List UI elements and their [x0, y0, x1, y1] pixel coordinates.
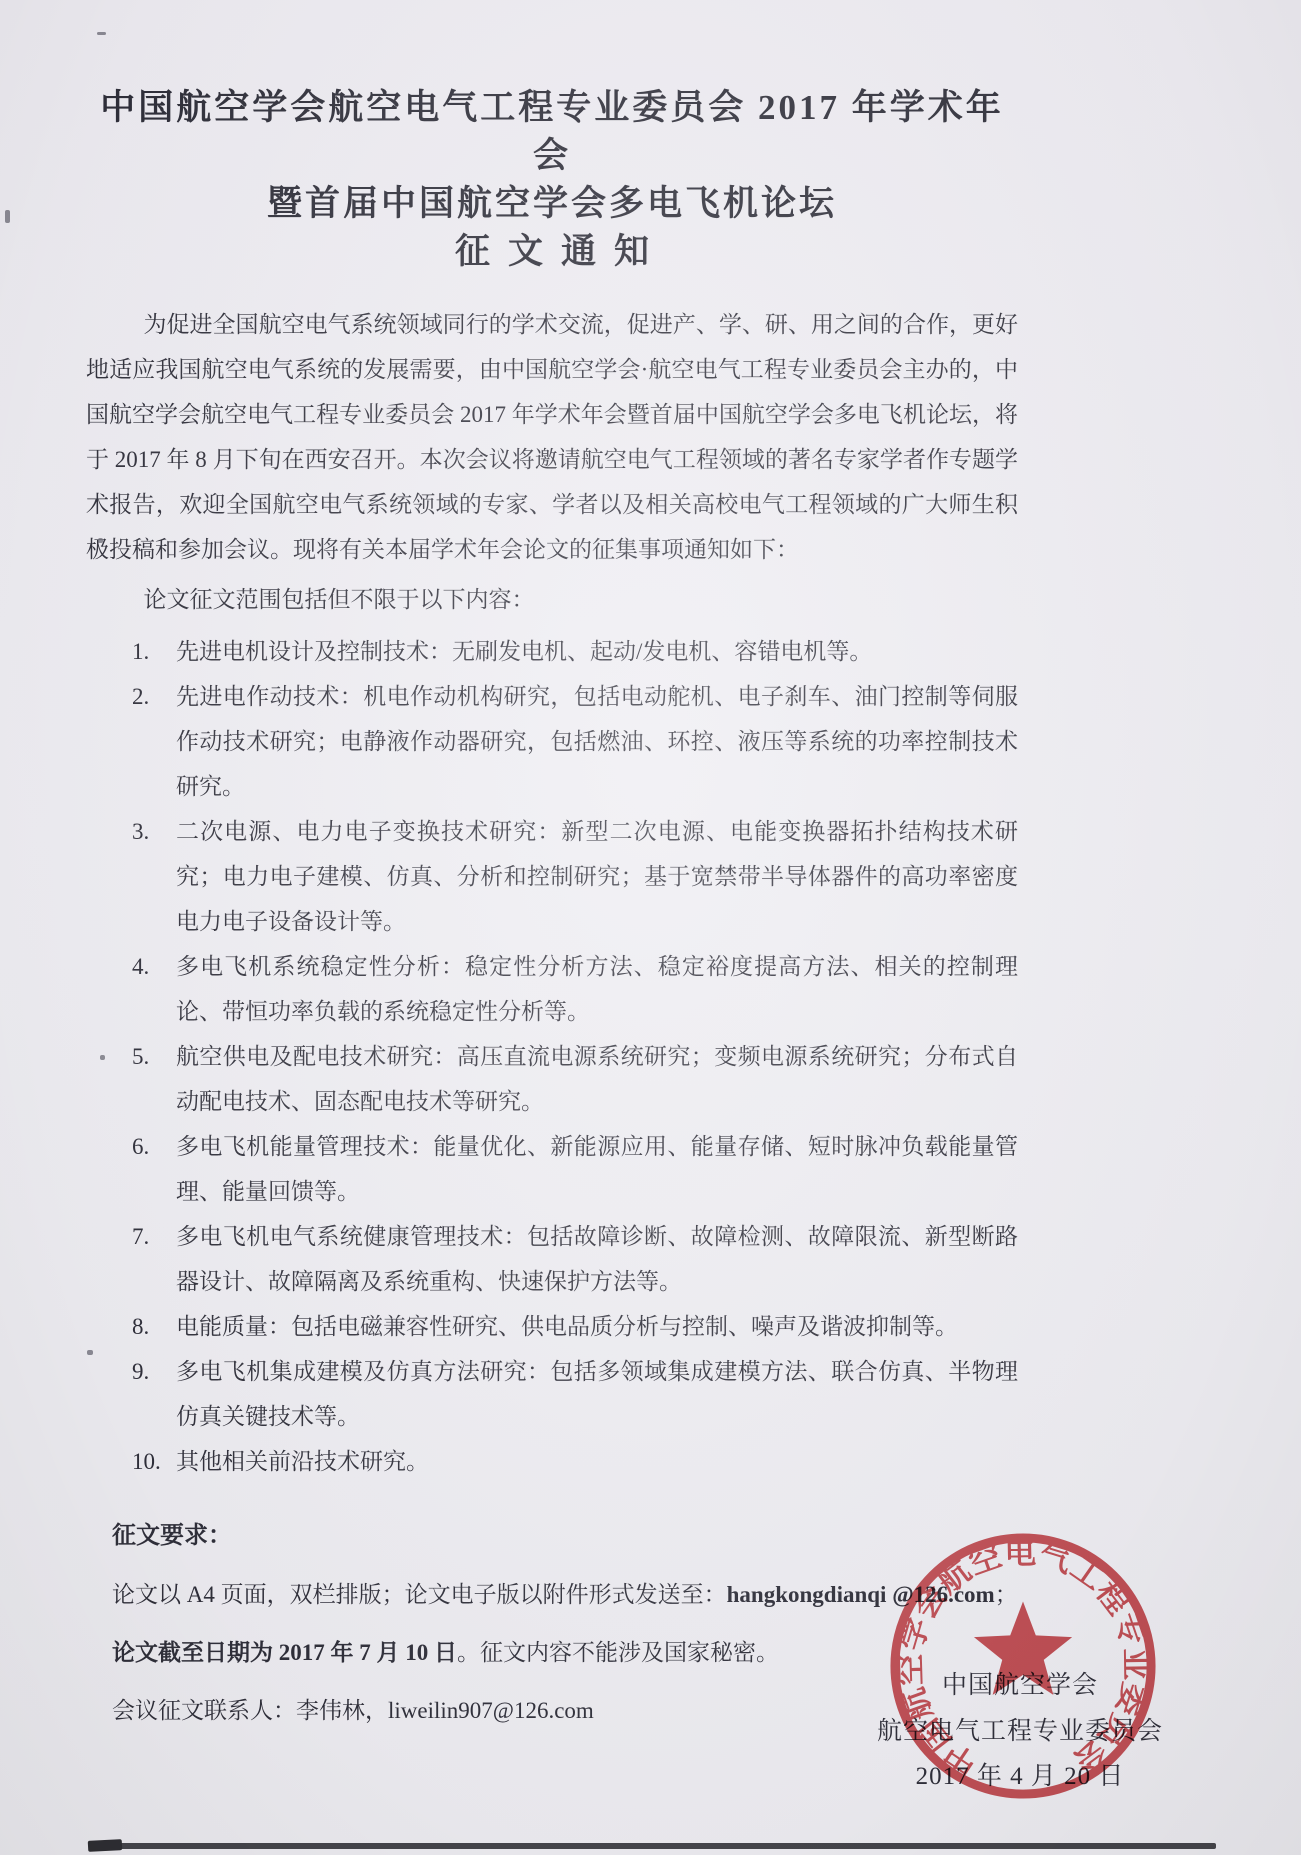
topic-number: 7.: [132, 1214, 149, 1259]
requirement-text: 论文以 A4 页面，双栏排版；论文电子版以附件形式发送至：: [112, 1582, 727, 1607]
official-seal-stamp: 中国航空学会航空电气工程专业委员会: [884, 1527, 1162, 1805]
topic-item: 10.其他相关前沿技术研究。: [86, 1439, 1018, 1484]
title-line-3: 征文通知: [86, 228, 1018, 276]
topic-item: 9.多电飞机集成建模及仿真方法研究：包括多领域集成建模方法、联合仿真、半物理仿真…: [86, 1349, 1018, 1439]
topic-item: 6.多电飞机能量管理技术：能量优化、新能源应用、能量存储、短时脉冲负载能量管理、…: [86, 1124, 1018, 1214]
stamp-star-icon: [974, 1601, 1072, 1694]
document-body: 中国航空学会航空电气工程专业委员会 2017 年学术年会 暨首届中国航空学会多电…: [86, 84, 1018, 1733]
topic-item: 3.二次电源、电力电子变换技术研究：新型二次电源、电能变换器拓扑结构技术研究；电…: [86, 809, 1018, 944]
scan-speck: [5, 210, 10, 223]
scan-edge-artifact: [96, 1843, 1216, 1849]
scan-speck: [97, 32, 106, 35]
topic-item: 5.航空供电及配电技术研究：高压直流电源系统研究；变频电源系统研究；分布式自动配…: [86, 1034, 1018, 1124]
topic-text: 其他相关前沿技术研究。: [176, 1449, 429, 1474]
topic-text: 多电飞机集成建模及仿真方法研究：包括多领域集成建模方法、联合仿真、半物理仿真关键…: [176, 1359, 1018, 1429]
topic-number: 10.: [132, 1439, 161, 1484]
title-line-2: 暨首届中国航空学会多电飞机论坛: [86, 180, 1018, 228]
topic-item: 2.先进电作动技术：机电作动机构研究，包括电动舵机、电子刹车、油门控制等伺服作动…: [86, 674, 1018, 809]
requirement-line-pages: 论文以 A4 页面，双栏排版；论文电子版以附件形式发送至：hangkongdia…: [86, 1572, 1018, 1617]
intro-paragraph: 为促进全国航空电气系统领域同行的学术交流，促进产、学、研、用之间的合作，更好地适…: [86, 302, 1018, 572]
topic-text: 电能质量：包括电磁兼容性研究、供电品质分析与控制、噪声及谐波抑制等。: [176, 1314, 958, 1339]
topic-number: 8.: [132, 1304, 149, 1349]
topic-text: 航空供电及配电技术研究：高压直流电源系统研究；变频电源系统研究；分布式自动配电技…: [176, 1044, 1018, 1114]
requirement-text: 。征文内容不能涉及国家秘密。: [457, 1640, 779, 1665]
topic-number: 1.: [132, 629, 149, 674]
topic-text: 先进电作动技术：机电作动机构研究，包括电动舵机、电子刹车、油门控制等伺服作动技术…: [176, 684, 1018, 799]
topic-number: 2.: [132, 674, 149, 719]
topic-item: 7.多电飞机电气系统健康管理技术：包括故障诊断、故障检测、故障限流、新型断路器设…: [86, 1214, 1018, 1304]
topic-number: 3.: [132, 809, 149, 854]
topic-item: 1.先进电机设计及控制技术：无刷发电机、起动/发电机、容错电机等。: [86, 629, 1018, 674]
scan-edge-artifact: [88, 1839, 123, 1852]
topic-text: 多电飞机能量管理技术：能量优化、新能源应用、能量存储、短时脉冲负载能量管理、能量…: [176, 1134, 1018, 1204]
topic-text: 二次电源、电力电子变换技术研究：新型二次电源、电能变换器拓扑结构技术研究；电力电…: [176, 819, 1018, 934]
topic-number: 9.: [132, 1349, 149, 1394]
scanned-notice-page: 中国航空学会航空电气工程专业委员会 2017 年学术年会 暨首届中国航空学会多电…: [0, 0, 1301, 1855]
topic-item: 4.多电飞机系统稳定性分析：稳定性分析方法、稳定裕度提高方法、相关的控制理论、带…: [86, 944, 1018, 1034]
requirements-heading: 征文要求：: [86, 1514, 1018, 1559]
scan-speck: [98, 538, 103, 543]
deadline-date: 论文截至日期为 2017 年 7 月 10 日: [112, 1640, 457, 1665]
topic-text: 多电飞机系统稳定性分析：稳定性分析方法、稳定裕度提高方法、相关的控制理论、带恒功…: [176, 954, 1018, 1024]
scope-heading: 论文征文范围包括但不限于以下内容：: [86, 577, 1018, 622]
topic-number: 5.: [132, 1034, 149, 1079]
topic-number: 4.: [132, 944, 149, 989]
scan-speck: [100, 1055, 105, 1060]
scan-speck: [87, 1350, 93, 1355]
topic-text: 多电飞机电气系统健康管理技术：包括故障诊断、故障检测、故障限流、新型断路器设计、…: [176, 1224, 1018, 1294]
topic-number: 6.: [132, 1124, 149, 1169]
topics-list: 1.先进电机设计及控制技术：无刷发电机、起动/发电机、容错电机等。 2.先进电作…: [86, 629, 1018, 1484]
topic-item: 8.电能质量：包括电磁兼容性研究、供电品质分析与控制、噪声及谐波抑制等。: [86, 1304, 1018, 1349]
topic-text: 先进电机设计及控制技术：无刷发电机、起动/发电机、容错电机等。: [176, 639, 872, 664]
stamp-graphic: 中国航空学会航空电气工程专业委员会: [884, 1527, 1162, 1805]
title-line-1: 中国航空学会航空电气工程专业委员会 2017 年学术年会: [86, 84, 1018, 180]
